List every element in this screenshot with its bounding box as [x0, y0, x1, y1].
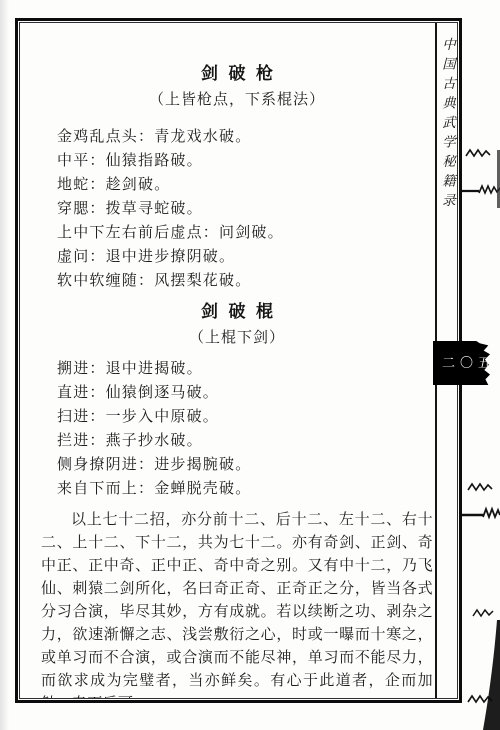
section-title-jian-po-gun: 剑破棍 — [41, 301, 433, 323]
book-title-vertical: 中国古典武学秘籍录 — [437, 37, 457, 213]
technique-line: 金鸡乱点头：青龙戏水破。 — [57, 125, 433, 149]
technique-line: 穿腮：拨草寻蛇破。 — [57, 197, 433, 221]
technique-line: 直进：仙猿倒逐马破。 — [57, 381, 433, 405]
section-subtitle-jian-po-gun: （上棍下剑） — [41, 328, 433, 349]
section-title-jian-po-qiang: 剑破枪 — [41, 63, 433, 85]
scanned-book-page: 剑破枪 （上皆枪点，下系棍法） 金鸡乱点头：青龙戏水破。 中平：仙猿指路破。 地… — [0, 0, 500, 730]
zigzag-artifact — [479, 186, 500, 193]
page-border-outer: 剑破枪 （上皆枪点，下系棍法） 金鸡乱点头：青龙戏水破。 中平：仙猿指路破。 地… — [15, 18, 462, 703]
technique-line: 地蛇：趁剑破。 — [57, 173, 433, 197]
page-content: 剑破枪 （上皆枪点，下系棍法） 金鸡乱点头：青龙戏水破。 中平：仙猿指路破。 地… — [20, 23, 435, 698]
technique-list-staff: 搠进：退中进揭破。 直进：仙猿倒逐马破。 扫进：一步入中原破。 拦进：燕子抄水破… — [41, 357, 433, 501]
section-subtitle-jian-po-qiang: （上皆枪点，下系棍法） — [41, 90, 433, 111]
technique-line: 来自下而上：金蝉脱壳破。 — [57, 477, 433, 501]
page-border-inner: 剑破枪 （上皆枪点，下系棍法） 金鸡乱点头：青龙戏水破。 中平：仙猿指路破。 地… — [19, 22, 458, 699]
technique-line: 软中软缠随：风摆梨花破。 — [57, 269, 433, 293]
zigzag-artifact — [466, 150, 490, 156]
scan-edge-shading — [0, 0, 9, 730]
technique-line: 侧身撩阴进：进步揭腕破。 — [57, 453, 433, 477]
page-number-badge: 二〇五 — [433, 341, 490, 385]
technique-line: 扫进：一步入中原破。 — [57, 405, 433, 429]
technique-line: 虚问：退中进步撩阴破。 — [57, 245, 433, 269]
technique-line: 上中下左右前后虚点：问剑破。 — [57, 221, 433, 245]
zigzag-artifact — [483, 509, 500, 517]
technique-list-spear: 金鸡乱点头：青龙戏水破。 中平：仙猿指路破。 地蛇：趁剑破。 穿腮：拨草寻蛇破。… — [41, 125, 433, 293]
zigzag-artifact — [468, 696, 492, 702]
technique-line: 搠进：退中进揭破。 — [57, 357, 433, 381]
technique-line: 中平：仙猿指路破。 — [57, 149, 433, 173]
zigzag-artifact — [473, 610, 493, 616]
zigzag-artifact — [468, 484, 492, 490]
technique-line: 拦进：燕子抄水破。 — [57, 429, 433, 453]
ink-blob-artifact — [483, 620, 500, 730]
closing-paragraph: 以上七十二招，亦分前十二、后十二、左十二、右十二、上十二、下十二，共为七十二。亦… — [41, 509, 433, 698]
page-number: 二〇五 — [433, 341, 490, 385]
